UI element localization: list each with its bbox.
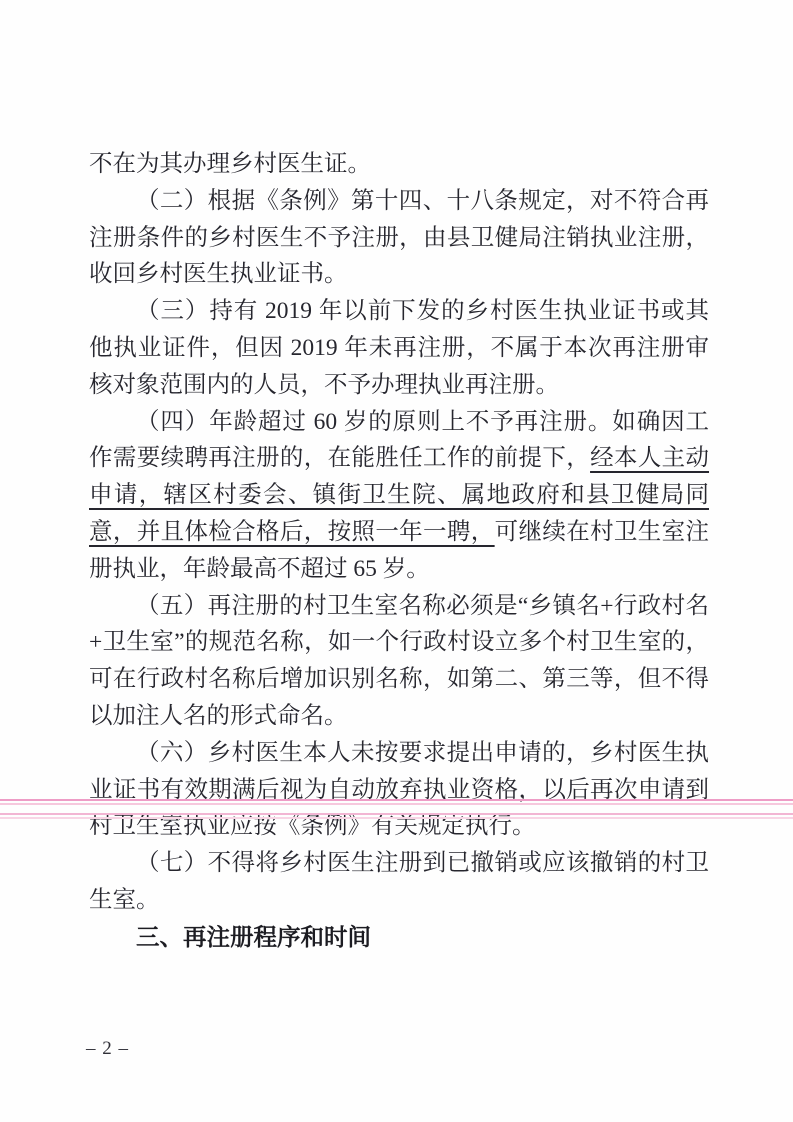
para-item-7: （七）不得将乡村医生注册到已撤销或应该撤销的村卫生室。 [89, 845, 709, 919]
text-segment: （五）再注册的村卫生室名称必须是“乡镇名+行政村名+卫生室”的规范名称，如一个行… [89, 593, 709, 729]
para-continuation: 不在为其办理乡村医生证。 [89, 146, 709, 183]
section-heading: 三、再注册程序和时间 [89, 919, 709, 956]
text-segment: （三）持有 2019 年以前下发的乡村医生执业证书或其他执业证件，但因 2019… [89, 298, 709, 398]
text-segment: （二）根据《条例》第十四、十八条规定，对不符合再注册条件的乡村医生不予注册，由县… [89, 188, 709, 288]
text-segment: 不在为其办理乡村医生证。 [89, 151, 371, 177]
para-item-5: （五）再注册的村卫生室名称必须是“乡镇名+行政村名+卫生室”的规范名称，如一个行… [89, 588, 709, 735]
text-segment: （七）不得将乡村医生注册到已撤销或应该撤销的村卫生室。 [89, 850, 709, 913]
text-segment: 三、再注册程序和时间 [136, 924, 371, 950]
document-body: 不在为其办理乡村医生证。（二）根据《条例》第十四、十八条规定，对不符合再注册条件… [89, 146, 709, 956]
para-item-6: （六）乡村医生本人未按要求提出申请的，乡村医生执业证书有效期满后视为自动放弃执业… [89, 735, 709, 845]
para-item-2: （二）根据《条例》第十四、十八条规定，对不符合再注册条件的乡村医生不予注册，由县… [89, 183, 709, 293]
document-page: 不在为其办理乡村医生证。（二）根据《条例》第十四、十八条规定，对不符合再注册条件… [0, 0, 793, 1122]
para-item-3: （三）持有 2019 年以前下发的乡村医生执业证书或其他执业证件，但因 2019… [89, 293, 709, 403]
page-number: – 2 – [86, 1038, 129, 1060]
para-item-4: （四）年龄超过 60 岁的原则上不予再注册。如确因工作需要续聘再注册的，在能胜任… [89, 404, 709, 588]
text-segment: （六）乡村医生本人未按要求提出申请的，乡村医生执业证书有效期满后视为自动放弃执业… [89, 740, 709, 840]
